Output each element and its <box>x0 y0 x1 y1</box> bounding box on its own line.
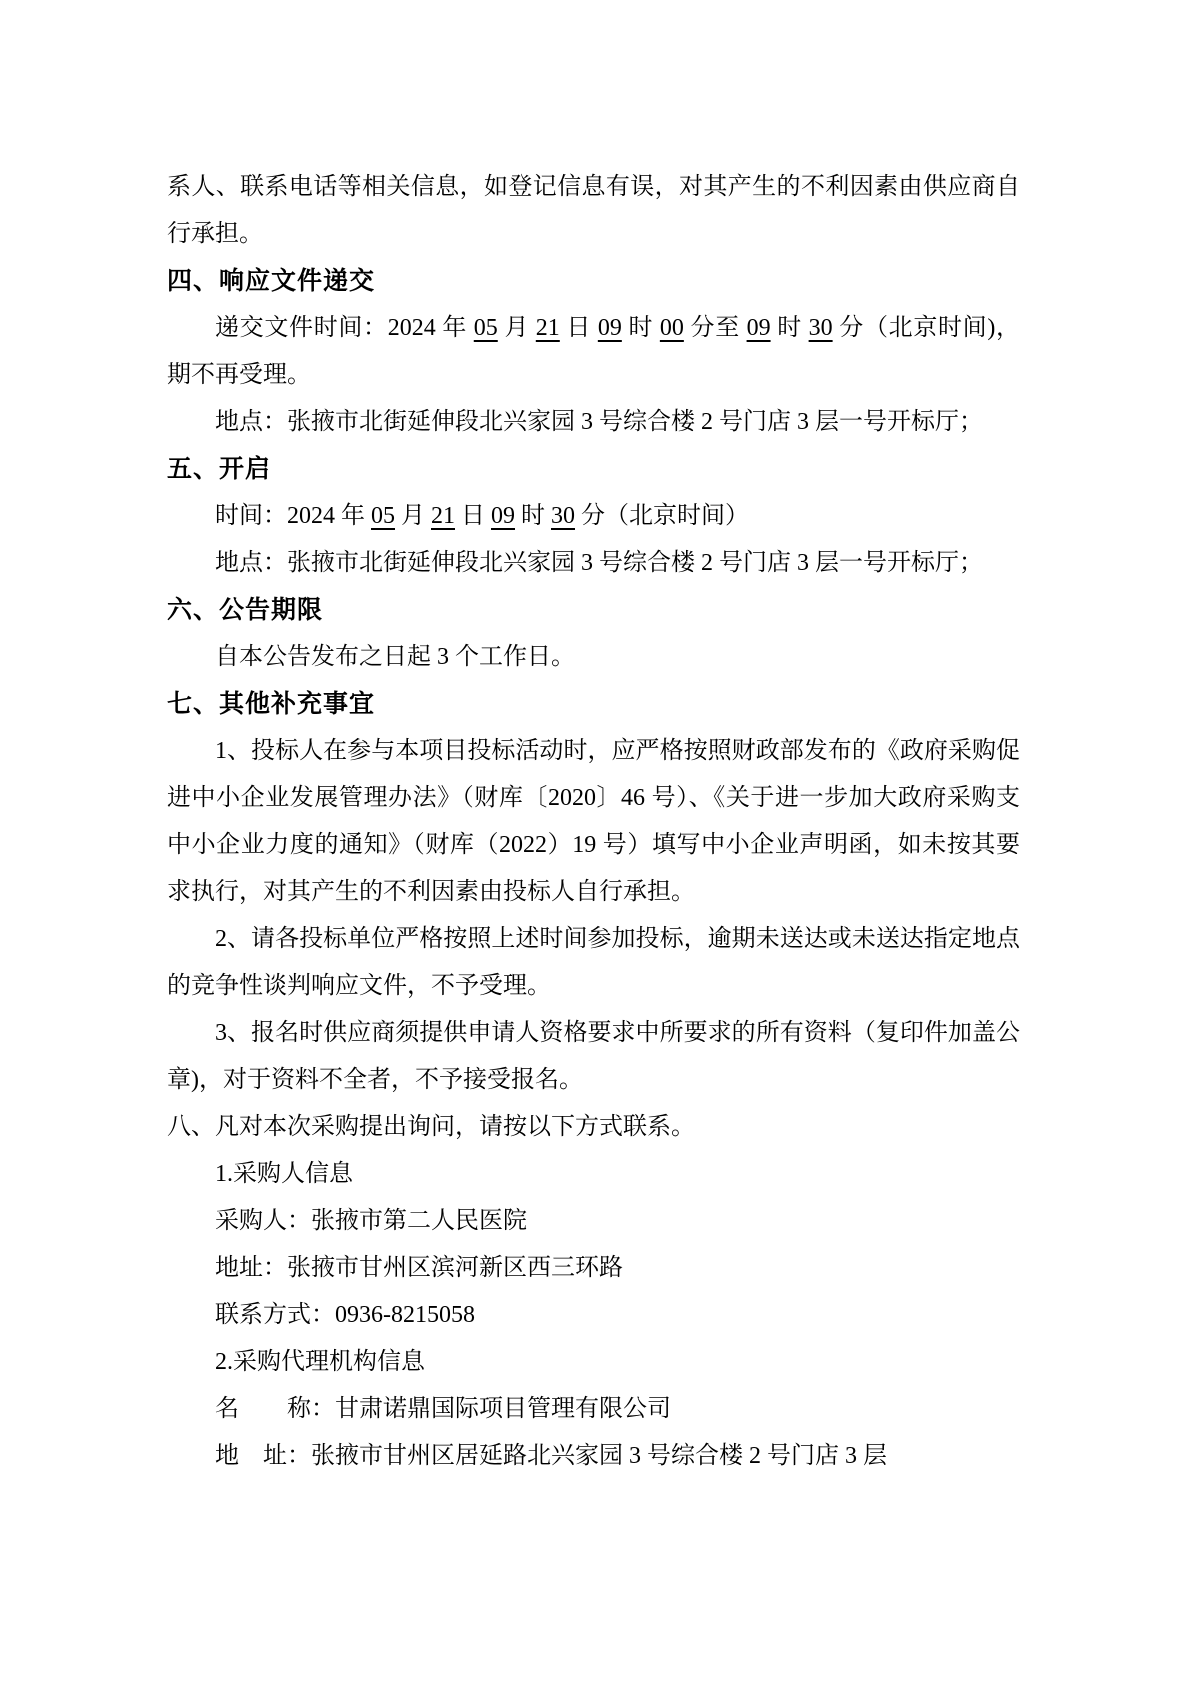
text-line: 八、凡对本次采购提出询问，请按以下方式联系。 <box>167 1104 1020 1151</box>
text-segment: 分至 <box>684 315 747 341</box>
text-line: 行承担。 <box>167 211 1020 258</box>
text-segment: 系人、联系电话等相关信息，如登记信息有误，对其产生的不利因素由供应商自 <box>167 174 1020 200</box>
text-line: 进中小企业发展管理办法》（财库〔2020〕46 号）、《关于进一步加大政府采购支… <box>167 775 1020 822</box>
text-line: 采购人：张掖市第二人民医院 <box>167 1198 1020 1245</box>
underlined-text: 09 <box>491 503 515 529</box>
underlined-text: 05 <box>371 503 395 529</box>
text-segment: 1、投标人在参与本项目投标活动时，应严格按照财政部发布的《政府采购促 <box>215 738 1020 764</box>
text-segment: 地点：张掖市北街延伸段北兴家园 3 号综合楼 2 号门店 3 层一号开标厅； <box>215 409 983 435</box>
text-line: 名 称：甘肃诺鼎国际项目管理有限公司 <box>167 1386 1020 1433</box>
section-heading: 五、开启 <box>167 446 1020 493</box>
document-lines: 系人、联系电话等相关信息，如登记信息有误，对其产生的不利因素由供应商自行承担。四… <box>167 164 1020 1480</box>
underlined-text: 30 <box>809 315 833 341</box>
text-line: 联系方式：0936-8215058 <box>167 1292 1020 1339</box>
text-segment: 分（北京时间） <box>575 503 749 529</box>
text-segment: 2、请各投标单位严格按照上述时间参加投标，逾期未送达或未送达指定地点 <box>215 926 1020 952</box>
text-line: 自本公告发布之日起 3 个工作日。 <box>167 634 1020 681</box>
underlined-text: 21 <box>536 315 560 341</box>
text-segment: 八、凡对本次采购提出询问，请按以下方式联系。 <box>167 1114 695 1140</box>
text-segment: 行承担。 <box>167 221 263 247</box>
text-segment: 地 址：张掖市甘州区居延路北兴家园 3 号综合楼 2 号门店 3 层 <box>215 1443 887 1469</box>
text-line: 地址：张掖市甘州区滨河新区西三环路 <box>167 1245 1020 1292</box>
text-line: 时间：2024 年 05 月 21 日 09 时 30 分（北京时间） <box>167 493 1020 540</box>
document-page: 系人、联系电话等相关信息，如登记信息有误，对其产生的不利因素由供应商自行承担。四… <box>0 0 1191 1684</box>
text-segment: 进中小企业发展管理办法》（财库〔2020〕46 号）、《关于进一步加大政府采购支… <box>167 785 1020 822</box>
text-segment: 时 <box>515 503 551 529</box>
text-segment: 中小企业力度的通知》（财库（2022）19 号）填写中小企业声明函，如未按其要 <box>167 832 1020 858</box>
text-segment: 日 <box>560 315 598 341</box>
text-segment: 地址：张掖市甘州区滨河新区西三环路 <box>215 1255 623 1281</box>
text-segment: 日 <box>455 503 491 529</box>
text-segment: 七、其他补充事宜 <box>167 690 375 718</box>
text-line: 的竞争性谈判响应文件，不予受理。 <box>167 963 1020 1010</box>
text-segment: 3、报名时供应商须提供申请人资格要求中所要求的所有资料（复印件加盖公 <box>215 1020 1020 1046</box>
text-line: 1、投标人在参与本项目投标活动时，应严格按照财政部发布的《政府采购促 <box>167 728 1020 775</box>
text-segment: 时 <box>771 315 809 341</box>
text-line: 系人、联系电话等相关信息，如登记信息有误，对其产生的不利因素由供应商自 <box>167 164 1020 211</box>
text-line: 中小企业力度的通知》（财库（2022）19 号）填写中小企业声明函，如未按其要 <box>167 822 1020 869</box>
underlined-text: 21 <box>431 503 455 529</box>
text-segment: 采购人：张掖市第二人民医院 <box>215 1208 527 1234</box>
text-segment: 求执行，对其产生的不利因素由投标人自行承担。 <box>167 879 695 905</box>
text-line: 地点：张掖市北街延伸段北兴家园 3 号综合楼 2 号门店 3 层一号开标厅； <box>167 540 1020 587</box>
text-line: 3、报名时供应商须提供申请人资格要求中所要求的所有资料（复印件加盖公 <box>167 1010 1020 1057</box>
section-heading: 七、其他补充事宜 <box>167 681 1020 728</box>
text-segment: 六、公告期限 <box>167 596 323 624</box>
text-segment: 四、响应文件递交 <box>167 267 375 295</box>
text-segment: 的竞争性谈判响应文件，不予受理。 <box>167 973 551 999</box>
underlined-text: 00 <box>660 315 684 341</box>
text-line: 求执行，对其产生的不利因素由投标人自行承担。 <box>167 869 1020 916</box>
text-line: 章)，对于资料不全者，不予接受报名。 <box>167 1057 1020 1104</box>
text-line: 2.采购代理机构信息 <box>167 1339 1020 1386</box>
text-segment: 期不再受理。 <box>167 362 311 388</box>
text-segment: 月 <box>395 503 431 529</box>
text-segment: 月 <box>498 315 536 341</box>
section-heading: 四、响应文件递交 <box>167 258 1020 305</box>
text-line: 地点：张掖市北街延伸段北兴家园 3 号综合楼 2 号门店 3 层一号开标厅； <box>167 399 1020 446</box>
text-line: 地 址：张掖市甘州区居延路北兴家园 3 号综合楼 2 号门店 3 层 <box>167 1433 1020 1480</box>
text-line: 2、请各投标单位严格按照上述时间参加投标，逾期未送达或未送达指定地点 <box>167 916 1020 963</box>
text-segment: 时间：2024 年 <box>215 503 371 529</box>
text-segment: 2.采购代理机构信息 <box>215 1349 425 1375</box>
underlined-text: 30 <box>551 503 575 529</box>
text-segment: 自本公告发布之日起 3 个工作日。 <box>215 644 575 670</box>
text-segment: 名 称：甘肃诺鼎国际项目管理有限公司 <box>215 1396 671 1422</box>
underlined-text: 09 <box>747 315 771 341</box>
text-segment: 递交文件时间：2024 年 <box>215 315 474 341</box>
text-segment: 1.采购人信息 <box>215 1161 353 1187</box>
text-segment: 联系方式：0936-8215058 <box>215 1302 475 1328</box>
text-segment: 章)，对于资料不全者，不予接受报名。 <box>167 1067 583 1093</box>
text-segment: 时 <box>622 315 660 341</box>
text-segment: 五、开启 <box>167 455 271 483</box>
text-line: 1.采购人信息 <box>167 1151 1020 1198</box>
section-heading: 六、公告期限 <box>167 587 1020 634</box>
text-line: 期不再受理。 <box>167 352 1020 399</box>
text-segment: 地点：张掖市北街延伸段北兴家园 3 号综合楼 2 号门店 3 层一号开标厅； <box>215 550 983 576</box>
underlined-text: 05 <box>474 315 498 341</box>
text-line: 递交文件时间：2024 年 05 月 21 日 09 时 00 分至 09 时 … <box>167 305 1020 352</box>
underlined-text: 09 <box>598 315 622 341</box>
